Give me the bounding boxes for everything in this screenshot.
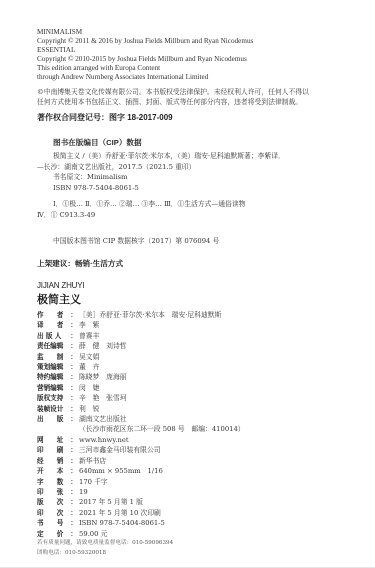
info-label: 监 制： xyxy=(37,352,77,362)
chinese-copyright-notice: ©中南博集天卷文化传媒有限公司。本书版权受法律保护。未经权利人许可，任何人不得以… xyxy=(37,87,337,107)
info-row-author: 作 者： ［美］乔舒亚·菲尔茨·米尔本 瑞安·尼科迪默斯 xyxy=(37,310,245,320)
info-row-printed-sheets: 印 张： 19 xyxy=(37,487,245,497)
copyright-page: MINIMALISM Copyright © 2011 & 2016 by Jo… xyxy=(0,0,375,568)
info-value: 19 xyxy=(77,487,88,497)
info-row-publisher: 出 版： 湖南文艺出版社 xyxy=(37,414,245,424)
info-label: 版权支持： xyxy=(37,393,77,403)
info-row-printer: 印 刷： 三河市鑫金马印装有限公司 xyxy=(37,445,245,455)
info-row-word-count: 字 数： 170 千字 xyxy=(37,477,245,487)
info-label: 策划编辑： xyxy=(37,362,77,372)
info-label: 译 者： xyxy=(37,320,77,330)
info-row-printing: 印 次： 2021 年 5 月第 10 次印刷 xyxy=(37,508,245,518)
info-label: 责任编辑： xyxy=(37,341,77,351)
info-label: 出 版： xyxy=(37,414,77,424)
info-label: 版 次： xyxy=(37,497,77,507)
info-value: 湖南文艺出版社 xyxy=(77,414,127,424)
info-row-format: 开 本： 640mm × 955mm 1/16 xyxy=(37,466,245,476)
info-label: 出 版 人： xyxy=(37,331,77,341)
info-value: 新华书店 xyxy=(77,456,106,466)
contact-footer: 若有质量问题，请致电质量监督电话：010-59096394 团购电话：010-5… xyxy=(37,538,173,558)
info-label: 字 数： xyxy=(37,477,77,487)
quality-hotline: 若有质量问题，请致电质量监督电话：010-59096394 xyxy=(37,538,173,548)
info-row-distributor: 经 销： 新华书店 xyxy=(37,456,245,466)
info-label: 网 址： xyxy=(37,435,77,445)
edition-arrangement-line: This edition arranged with Europa Conten… xyxy=(37,64,253,73)
agency-line: through Andrew Nurnberg Associates Inter… xyxy=(37,73,253,82)
info-row-publisher-person: 出 版 人： 曾赛丰 xyxy=(37,331,245,341)
info-value: 利 锐 xyxy=(77,404,99,414)
cip-line-2: —长沙：湖南文艺出版社，2017.5（2021.5 重印） xyxy=(37,162,337,173)
info-value: 闵 婕 xyxy=(77,383,99,393)
cip-line-1: 极简主义 /（美）乔舒亚·菲尔茨·米尔本，（美）瑞安·尼科迪默斯著；李紫译． xyxy=(37,151,337,162)
copyright-line-essential: Copyright © 2010-2015 by Joshua Fields M… xyxy=(37,55,253,64)
info-row-marketing-editor: 营销编辑： 闵 婕 xyxy=(37,383,245,393)
info-label: 印 次： xyxy=(37,508,77,518)
info-label: 经 销： xyxy=(37,456,77,466)
info-label: 印 刷： xyxy=(37,445,77,455)
info-label: 作 者： xyxy=(37,310,77,320)
info-row-design: 装帧设计： 利 锐 xyxy=(37,404,245,414)
info-row-isbn: 书 号： ISBN 978-7-5404-8061-5 xyxy=(37,518,245,528)
info-row-translator: 译 者： 李 紫 xyxy=(37,320,245,330)
info-value: ISBN 978-7-5404-8061-5 xyxy=(77,518,165,528)
publisher-address: （长沙市雨花区东二环一段 508 号 邮编：410014） xyxy=(37,424,245,434)
original-title-minimalism: MINIMALISM xyxy=(37,28,253,37)
copyright-line-minimalism: Copyright © 2011 & 2016 by Joshua Fields… xyxy=(37,37,253,46)
info-row-website: 网 址： www.hnwy.net xyxy=(37,435,245,445)
info-row-contract-editor: 特约编辑： 陈晓梦 庞海丽 xyxy=(37,372,245,382)
original-title-essential: ESSENTIAL xyxy=(37,46,253,55)
copyright-registration-number: 著作权合同登记号：图字 18-2017-009 xyxy=(37,112,173,123)
cip-classification-2: Ⅳ．① C913.3-49 xyxy=(37,210,337,221)
website-link: www.hnwy.net xyxy=(77,435,129,445)
book-title-pinyin: JIJIAN ZHUYI xyxy=(37,281,84,290)
info-row-rights-support: 版权支持： 辛 艳 张雪珂 xyxy=(37,393,245,403)
publication-info-list: 作 者： ［美］乔舒亚·菲尔茨·米尔本 瑞安·尼科迪默斯 译 者： 李 紫 出 … xyxy=(37,310,245,539)
info-label: 开 本： xyxy=(37,466,77,476)
info-value: 辛 艳 张雪珂 xyxy=(77,393,127,403)
cip-verification-number: 中国版本图书馆 CIP 数据核字（2017）第 076094 号 xyxy=(53,235,219,245)
info-row-edition: 版 次： 2017 年 5 月第 1 版 xyxy=(37,497,245,507)
copyright-notice-line-2: 任何方式使用本书包括正文、插图、封面、版式等任何部分内容，违者将受到法律制裁。 xyxy=(37,97,337,107)
info-value: ［美］乔舒亚·菲尔茨·米尔本 瑞安·尼科迪默斯 xyxy=(77,310,221,320)
info-value: 吴文娟 xyxy=(77,352,99,362)
info-value: 三河市鑫金马印装有限公司 xyxy=(77,445,161,455)
cip-original-title: 书名原文：Minimalism xyxy=(37,172,337,183)
info-value: 李 紫 xyxy=(77,320,99,330)
info-label: 书 号： xyxy=(37,518,77,528)
info-label: 印 张： xyxy=(37,487,77,497)
info-value: 曾赛丰 xyxy=(77,331,99,341)
info-row-editor: 责任编辑： 薛 健 刘诗哲 xyxy=(37,341,245,351)
info-value: 640mm × 955mm 1/16 xyxy=(77,466,163,476)
copyright-notice-line-1: ©中南博集天卷文化传媒有限公司。本书版权受法律保护。未经权利人许可，任何人不得以 xyxy=(37,87,337,97)
info-label: 装帧设计： xyxy=(37,404,77,414)
cip-data-block: 极简主义 /（美）乔舒亚·菲尔茨·米尔本，（美）瑞安·尼科迪默斯著；李紫译． —… xyxy=(37,151,337,220)
book-title: 极简主义 xyxy=(37,291,81,307)
info-value: 薛 健 刘诗哲 xyxy=(77,341,127,351)
info-row-planning-editor: 策划编辑： 董 卉 xyxy=(37,362,245,372)
info-value: 陈晓梦 庞海丽 xyxy=(77,372,127,382)
info-row-supervisor: 监 制： 吴文娟 xyxy=(37,352,245,362)
english-copyright-block: MINIMALISM Copyright © 2011 & 2016 by Jo… xyxy=(37,28,253,82)
cip-classification-1: Ⅰ．①极… Ⅱ．①乔… ②瑞… ③李… Ⅲ．①生活方式—通俗读物 xyxy=(37,199,337,210)
info-label: 营销编辑： xyxy=(37,383,77,393)
cip-heading: 图书在版编目（CIP）数据 xyxy=(53,137,142,148)
shelf-suggestion: 上架建议：畅销·生活方式 xyxy=(37,258,123,269)
info-value: 170 千字 xyxy=(77,477,108,487)
info-value: 董 卉 xyxy=(77,362,99,372)
info-value: 2021 年 5 月第 10 次印刷 xyxy=(77,508,161,518)
info-label: 特约编辑： xyxy=(37,372,77,382)
group-purchase-hotline: 团购电话：010-59320018 xyxy=(37,548,173,558)
cip-isbn: ISBN 978-7-5404-8061-5 xyxy=(37,183,337,194)
info-value: 2017 年 5 月第 1 版 xyxy=(77,497,143,507)
